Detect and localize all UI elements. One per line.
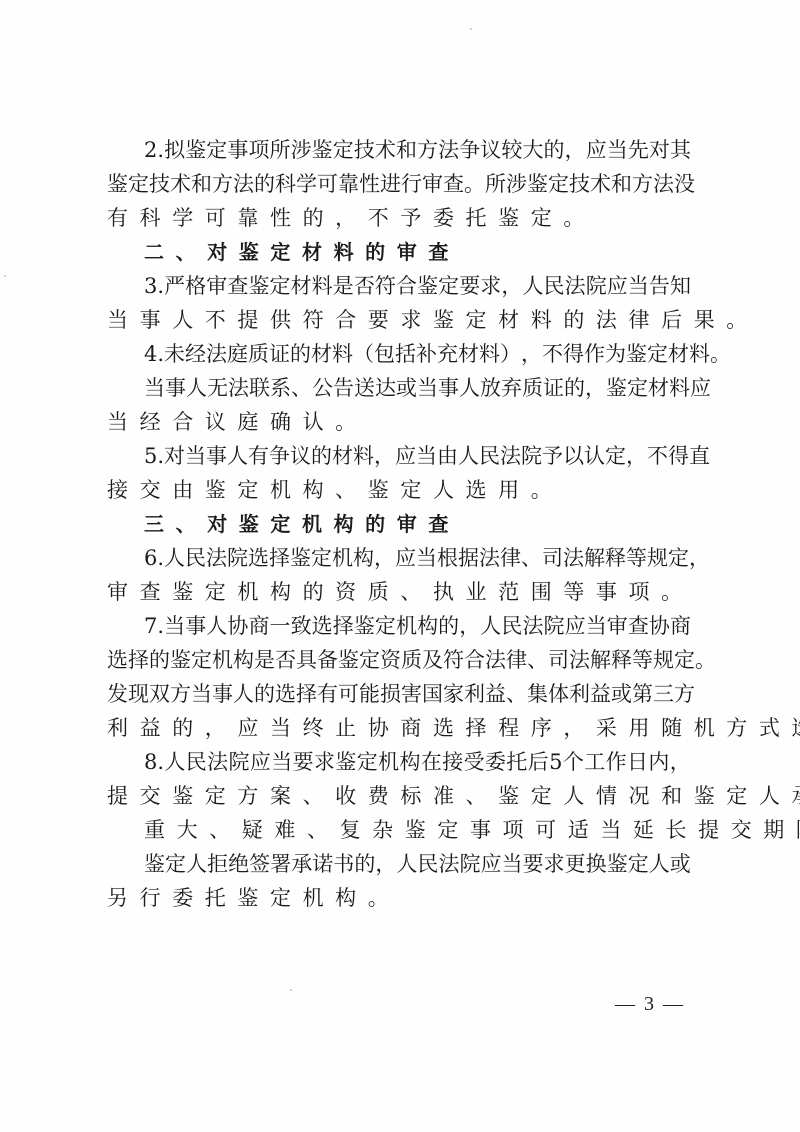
glyph: 人 — [649, 847, 670, 881]
glyph: ， — [375, 847, 396, 881]
glyph: 应 — [481, 847, 502, 881]
glyph: 事 — [165, 371, 186, 405]
paragraph-line: 选择的鉴定机构是否具备鉴定资质及符合法律、司法解释等规定。 — [107, 643, 691, 677]
glyph: 料 — [689, 337, 710, 371]
glyph: 定 — [205, 779, 226, 813]
glyph: 定 — [400, 473, 421, 507]
glyph: 体 — [548, 677, 569, 711]
glyph: 鉴 — [498, 779, 519, 813]
glyph: 机 — [332, 541, 353, 575]
glyph: 放 — [480, 371, 501, 405]
glyph: 等 — [626, 541, 647, 575]
glyph: 定 — [548, 167, 569, 201]
glyph: 等 — [563, 575, 584, 609]
glyph: 大 — [522, 133, 543, 167]
glyph: 法 — [563, 541, 584, 575]
glyph: 期 — [763, 813, 784, 847]
glyph: 业 — [466, 575, 487, 609]
glyph: 不 — [368, 201, 389, 235]
glyph: 换 — [586, 847, 607, 881]
glyph: 采 — [596, 711, 617, 745]
glyph: 协 — [368, 711, 389, 745]
glyph: 执 — [433, 575, 454, 609]
glyph: 庭 — [237, 405, 258, 439]
glyph: 司 — [542, 541, 563, 575]
glyph: 要 — [523, 847, 544, 881]
glyph: 符 — [303, 303, 324, 337]
glyph: ， — [626, 439, 647, 473]
glyph: 书 — [333, 847, 354, 881]
glyph: 作 — [606, 745, 627, 779]
paragraph-line: 6.人民法院选择鉴定机构，应当根据法律、司法解释等规定， — [107, 541, 691, 575]
glyph: 收 — [335, 779, 356, 813]
glyph: 一 — [270, 609, 291, 643]
glyph: 方 — [632, 167, 653, 201]
paragraph-line: 4.未经法庭质证的材料（包括补充材料），不得作为鉴定材料。 — [107, 337, 691, 371]
glyph: 查 — [443, 167, 464, 201]
glyph: 、 — [506, 677, 527, 711]
glyph: 的 — [303, 201, 324, 235]
glyph: 法 — [596, 303, 617, 337]
glyph: 人 — [233, 677, 254, 711]
glyph: 鉴 — [607, 847, 628, 881]
glyph: 得 — [668, 439, 689, 473]
glyph: 托 — [205, 881, 226, 915]
glyph: 机 — [237, 575, 258, 609]
glyph: 法 — [233, 167, 254, 201]
glyph: 料 — [479, 337, 500, 371]
glyph: 益 — [590, 677, 611, 711]
glyph: 委 — [485, 745, 506, 779]
glyph: 。 — [563, 201, 584, 235]
glyph: 和 — [396, 133, 417, 167]
glyph: 定 — [237, 473, 258, 507]
glyph: 鉴 — [205, 473, 226, 507]
glyph: 解 — [584, 541, 605, 575]
glyph: 充 — [437, 337, 458, 371]
glyph: 绝 — [228, 847, 249, 881]
glyph: 鉴 — [335, 745, 356, 779]
glyph: 鉴 — [498, 201, 519, 235]
glyph: 进 — [380, 167, 401, 201]
glyph: 查 — [428, 235, 448, 269]
glyph: ， — [689, 541, 710, 575]
glyph: 人 — [164, 745, 185, 779]
glyph: 对 — [207, 507, 227, 541]
glyph: 4. — [144, 337, 164, 371]
glyph: 定 — [647, 337, 668, 371]
glyph: 定 — [437, 813, 458, 847]
glyph: 费 — [368, 779, 389, 813]
glyph: 当 — [144, 371, 165, 405]
glyph: 法 — [438, 133, 459, 167]
glyph: 由 — [437, 439, 458, 473]
paragraph-line: 发现双方当事人的选择有可能损害国家利益、集体利益或第三方 — [107, 677, 691, 711]
glyph: 院 — [521, 439, 542, 473]
glyph: 选 — [791, 711, 800, 745]
glyph: 。 — [726, 303, 747, 337]
glyph: 行 — [401, 167, 422, 201]
glyph: 终 — [303, 711, 324, 745]
glyph: 。 — [695, 643, 716, 677]
glyph: 另 — [107, 881, 128, 915]
glyph: 证 — [269, 337, 290, 371]
glyph: 补 — [416, 337, 437, 371]
paragraph-line: 有科学可靠性的，不予委托鉴定。 — [107, 201, 691, 235]
glyph: 其 — [670, 133, 691, 167]
glyph: 根 — [437, 541, 458, 575]
glyph: 随 — [661, 711, 682, 745]
glyph: 材 — [291, 269, 312, 303]
glyph: 法 — [522, 609, 543, 643]
glyph: 不 — [205, 303, 226, 337]
glyph: 人 — [458, 439, 479, 473]
glyph: 用 — [498, 473, 519, 507]
glyph: 拟 — [164, 133, 185, 167]
glyph: 后 — [661, 303, 682, 337]
glyph: 质 — [368, 575, 389, 609]
paragraph-line: 当事人无法联系、公告送达或当事人放弃质证的，鉴定材料应 — [107, 371, 691, 405]
glyph: 选 — [107, 643, 128, 677]
glyph: 择 — [296, 677, 317, 711]
glyph: 律 — [629, 303, 650, 337]
glyph: （ — [353, 337, 374, 371]
glyph: 工 — [584, 745, 605, 779]
glyph: 人 — [206, 609, 227, 643]
glyph: 止 — [335, 711, 356, 745]
glyph: 式 — [759, 711, 780, 745]
glyph: 应 — [690, 371, 711, 405]
glyph: 系 — [270, 371, 291, 405]
glyph: 查 — [227, 269, 248, 303]
glyph: 民 — [479, 439, 500, 473]
glyph: 应 — [586, 133, 607, 167]
glyph: 应 — [250, 745, 271, 779]
glyph: 作 — [584, 337, 605, 371]
glyph: 鉴 — [290, 541, 311, 575]
paragraph-line: 2.拟鉴定事项所涉鉴定技术和方法争议较大的，应当先对其 — [107, 133, 691, 167]
glyph: 鉴 — [172, 779, 193, 813]
glyph: 方 — [237, 779, 258, 813]
glyph: 或 — [611, 677, 632, 711]
glyph: 鉴 — [626, 337, 647, 371]
glyph: 及 — [422, 643, 443, 677]
glyph: 公 — [312, 371, 333, 405]
glyph: 当 — [416, 439, 437, 473]
glyph: 发 — [107, 677, 128, 711]
glyph: 送 — [354, 371, 375, 405]
paragraph-line: 5.对当事人有争议的材料，应当由人民法院予以认定，不得直 — [107, 439, 691, 473]
glyph: 构 — [303, 473, 324, 507]
glyph: 方 — [726, 711, 747, 745]
glyph: 法 — [438, 847, 459, 881]
glyph: 事 — [140, 303, 161, 337]
glyph: 可 — [205, 201, 226, 235]
glyph: 较 — [501, 133, 522, 167]
paragraph-line: 当事人不提供符合要求鉴定材料的法律后果。 — [107, 303, 691, 337]
glyph: 择 — [269, 541, 290, 575]
glyph: 议 — [480, 133, 501, 167]
glyph: 人 — [522, 269, 543, 303]
paragraph-line: 3.严格审查鉴定材料是否符合鉴定要求，人民法院应当告知 — [107, 269, 691, 303]
glyph: 人 — [480, 609, 501, 643]
glyph: 有 — [317, 677, 338, 711]
glyph: 鉴 — [239, 507, 259, 541]
glyph: 6. — [144, 541, 164, 575]
glyph: 质 — [522, 371, 543, 405]
glyph: 构 — [417, 609, 438, 643]
glyph: 司 — [548, 643, 569, 677]
glyph: 事 — [596, 575, 617, 609]
glyph: 利 — [107, 711, 128, 745]
glyph: 或 — [396, 371, 417, 405]
glyph: 鉴 — [248, 269, 269, 303]
glyph: 定 — [674, 643, 695, 677]
paragraph-line: 提交鉴定方案、收费标准、鉴定人情况和鉴定人承诺书。 — [107, 779, 691, 813]
glyph: 交 — [140, 473, 161, 507]
glyph: 鉴 — [606, 371, 627, 405]
glyph: 科 — [275, 167, 296, 201]
glyph: 不 — [542, 337, 563, 371]
glyph: 事 — [206, 439, 227, 473]
glyph: 人 — [227, 439, 248, 473]
glyph: 经 — [140, 405, 161, 439]
glyph: ， — [670, 745, 691, 779]
glyph: 家 — [443, 677, 464, 711]
glyph: 定 — [270, 507, 290, 541]
glyph: 对 — [164, 439, 185, 473]
glyph: 定 — [206, 133, 227, 167]
glyph: 对 — [207, 235, 227, 269]
glyph: 经 — [185, 337, 206, 371]
glyph: 等 — [632, 643, 653, 677]
paragraph-line: 鉴定技术和方法的科学可靠性进行审查。所涉鉴定技术和方法没 — [107, 167, 691, 201]
glyph: 查 — [428, 507, 448, 541]
glyph: 由 — [172, 473, 193, 507]
glyph: 定 — [628, 847, 649, 881]
glyph: 鉴 — [368, 473, 389, 507]
glyph: 、 — [176, 507, 196, 541]
glyph: 集 — [527, 677, 548, 711]
glyph: 确 — [270, 405, 291, 439]
glyph: 为 — [605, 337, 626, 371]
glyph: 的 — [365, 235, 385, 269]
glyph: 议 — [205, 405, 226, 439]
glyph: 技 — [149, 167, 170, 201]
glyph: 合 — [464, 643, 485, 677]
glyph: 没 — [674, 167, 695, 201]
glyph: 律 — [506, 643, 527, 677]
glyph: 鉴 — [433, 303, 454, 337]
glyph: 应 — [395, 439, 416, 473]
glyph: 料 — [669, 371, 690, 405]
glyph: 能 — [359, 677, 380, 711]
paragraph-line: 当经合议庭确认。 — [107, 405, 691, 439]
glyph: 所 — [485, 167, 506, 201]
glyph: 民 — [544, 269, 565, 303]
glyph: 难 — [274, 813, 295, 847]
glyph: 材 — [332, 439, 353, 473]
glyph: 定 — [531, 201, 552, 235]
glyph: 审 — [607, 609, 628, 643]
glyph: 鉴 — [107, 167, 128, 201]
glyph: 利 — [569, 677, 590, 711]
glyph: 具 — [296, 643, 317, 677]
glyph: 情 — [596, 779, 617, 813]
glyph: 个 — [563, 745, 584, 779]
glyph: 格 — [185, 269, 206, 303]
glyph: 益 — [140, 711, 161, 745]
glyph: 定 — [466, 303, 487, 337]
glyph: 告 — [333, 371, 354, 405]
glyph: 致 — [291, 609, 312, 643]
glyph: 委 — [433, 201, 454, 235]
glyph: 是 — [333, 269, 354, 303]
glyph: 选 — [248, 541, 269, 575]
glyph: 选 — [312, 609, 333, 643]
glyph: 争 — [459, 133, 480, 167]
glyph: 鉴 — [338, 643, 359, 677]
glyph: 机 — [302, 507, 322, 541]
glyph: 、 — [335, 473, 356, 507]
glyph: 人 — [172, 303, 193, 337]
glyph: 材 — [498, 303, 519, 337]
glyph: 内 — [648, 745, 669, 779]
glyph: 定 — [205, 575, 226, 609]
glyph: 8. — [144, 745, 164, 779]
glyph: 商 — [248, 609, 269, 643]
glyph: 、 — [291, 371, 312, 405]
glyph: 的 — [311, 439, 332, 473]
glyph: 国 — [422, 677, 443, 711]
glyph: 人 — [563, 779, 584, 813]
glyph: 审 — [397, 235, 417, 269]
glyph: 托 — [466, 201, 487, 235]
glyph: ， — [374, 439, 395, 473]
glyph: 害 — [401, 677, 422, 711]
glyph: 的 — [149, 643, 170, 677]
glyph: 当 — [628, 269, 649, 303]
glyph: 无 — [207, 371, 228, 405]
glyph: 否 — [275, 643, 296, 677]
glyph: 性 — [359, 167, 380, 201]
glyph: 用 — [629, 711, 650, 745]
glyph: 接 — [442, 745, 463, 779]
glyph: 审 — [397, 507, 417, 541]
glyph: 果 — [694, 303, 715, 337]
glyph: 更 — [565, 847, 586, 881]
glyph: 7. — [144, 609, 164, 643]
glyph: 选 — [275, 677, 296, 711]
glyph: 应 — [395, 541, 416, 575]
glyph: 选 — [466, 473, 487, 507]
glyph: 要 — [368, 303, 389, 337]
scan-speck — [290, 989, 292, 991]
glyph: 现 — [128, 677, 149, 711]
glyph: 的 — [354, 847, 375, 881]
glyph: 损 — [380, 677, 401, 711]
glyph: 鉴 — [170, 643, 191, 677]
glyph: 资 — [380, 643, 401, 677]
glyph: 质 — [401, 643, 422, 677]
document-page: 2.拟鉴定事项所涉鉴定技术和方法争议较大的，应当先对其 鉴定技术和方法的科学可靠… — [0, 0, 800, 1132]
glyph: 第 — [632, 677, 653, 711]
glyph: 诺 — [312, 847, 333, 881]
glyph: 、 — [307, 813, 328, 847]
glyph: 序 — [531, 711, 552, 745]
glyph: 材 — [302, 235, 322, 269]
glyph: 在 — [421, 745, 442, 779]
glyph: 联 — [249, 371, 270, 405]
glyph: 求 — [400, 303, 421, 337]
glyph: 受 — [464, 745, 485, 779]
glyph: 的 — [563, 303, 584, 337]
glyph: 应 — [565, 609, 586, 643]
glyph: 或 — [670, 847, 691, 881]
glyph: 、 — [466, 779, 487, 813]
glyph: 当 — [185, 439, 206, 473]
glyph: 定 — [270, 235, 290, 269]
glyph: 定 — [357, 745, 378, 779]
glyph: 料 — [334, 235, 354, 269]
glyph: 承 — [791, 779, 800, 813]
glyph: 和 — [611, 167, 632, 201]
glyph: 机 — [270, 473, 291, 507]
glyph: 定 — [191, 643, 212, 677]
glyph: 双 — [149, 677, 170, 711]
glyph: 机 — [303, 881, 324, 915]
glyph: 构 — [335, 881, 356, 915]
glyph: 人 — [759, 779, 780, 813]
glyph: 要 — [293, 745, 314, 779]
glyph: 释 — [611, 643, 632, 677]
glyph: 靠 — [338, 167, 359, 201]
glyph: 合 — [172, 405, 193, 439]
glyph: 备 — [317, 643, 338, 677]
glyph: 以 — [563, 439, 584, 473]
glyph: 人 — [433, 473, 454, 507]
glyph: 未 — [164, 337, 185, 371]
scan-speck — [470, 28, 472, 30]
glyph: 当 — [607, 133, 628, 167]
glyph: 应 — [237, 711, 258, 745]
glyph: 提 — [107, 779, 128, 813]
glyph: 标 — [400, 779, 421, 813]
glyph: 方 — [674, 677, 695, 711]
glyph: 认 — [303, 405, 324, 439]
glyph: 当 — [502, 847, 523, 881]
glyph: 当 — [586, 609, 607, 643]
glyph: 。 — [661, 575, 682, 609]
glyph: 告 — [649, 269, 670, 303]
glyph: 民 — [186, 745, 207, 779]
glyph: 解 — [590, 643, 611, 677]
glyph: ， — [521, 337, 542, 371]
glyph: 日 — [627, 745, 648, 779]
glyph: 案 — [270, 779, 291, 813]
glyph: ， — [205, 711, 226, 745]
glyph: 法 — [228, 371, 249, 405]
glyph: 事 — [470, 813, 491, 847]
glyph: 议 — [290, 439, 311, 473]
glyph: 择 — [333, 609, 354, 643]
glyph: 的 — [365, 507, 385, 541]
glyph: 机 — [396, 609, 417, 643]
glyph: 院 — [544, 609, 565, 643]
glyph: 鉴 — [527, 167, 548, 201]
glyph: 益 — [485, 677, 506, 711]
glyph: 复 — [340, 813, 361, 847]
